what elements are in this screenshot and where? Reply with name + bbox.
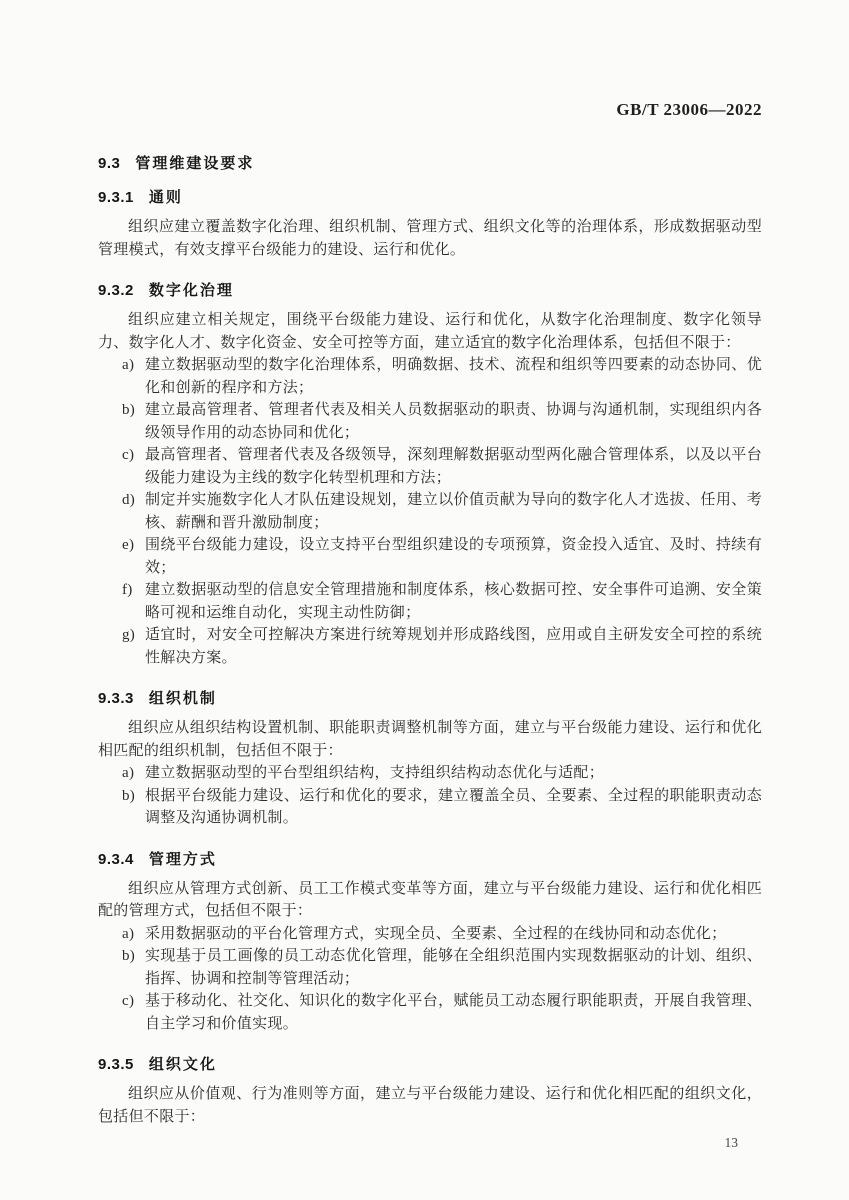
section-heading-9-3-1: 9.3.1 通则 [98,188,762,208]
page-content: GB/T 23006—2022 9.3 管理维建设要求 9.3.1 通则 组织应… [98,0,762,1152]
list-item: c) 最高管理者、管理者代表及各级领导，深刻理解数据驱动型两化融合管理体系，以及… [98,444,762,489]
section-heading-9-3-4: 9.3.4 管理方式 [98,850,762,870]
list-item-text: 制定并实施数字化人才队伍建设规划，建立以价值贡献为导向的数字化人才选拔、任用、考… [145,489,762,534]
list-item-marker: c) [122,990,145,1035]
list-item-marker: b) [122,785,145,830]
paragraph: 组织应从价值观、行为准则等方面，建立与平台级能力建设、运行和优化相匹配的组织文化… [98,1083,762,1128]
section-number: 9.3.2 [98,281,134,301]
paragraph: 组织应从管理方式创新、员工工作模式变革等方面，建立与平台级能力建设、运行和优化相… [98,878,762,923]
list-item-text: 建立数据驱动型的信息安全管理措施和制度体系，核心数据可控、安全事件可追溯、安全策… [145,579,762,624]
list-item-marker: f) [122,579,145,624]
paragraph: 组织应建立相关规定，围绕平台级能力建设、运行和优化，从数字化治理制度、数字化领导… [98,309,762,354]
section-number: 9.3.5 [98,1055,134,1075]
ordered-list: a) 建立数据驱动型的平台型组织结构，支持组织结构动态优化与适配； b) 根据平… [98,762,762,830]
ordered-list: a) 采用数据驱动的平台化管理方式，实现全员、全要素、全过程的在线协同和动态优化… [98,923,762,1036]
section-number: 9.3.3 [98,689,134,709]
section-heading-9-3-3: 9.3.3 组织机制 [98,689,762,709]
list-item-text: 实现基于员工画像的员工动态优化管理，能够在全组织范围内实现数据驱动的计划、组织、… [145,945,762,990]
list-item-marker: b) [122,945,145,990]
list-item-text: 围绕平台级能力建设，设立支持平台型组织建设的专项预算，资金投入适宜、及时、持续有… [145,534,762,579]
list-item-marker: a) [122,354,145,399]
list-item: a) 建立数据驱动型的数字化治理体系，明确数据、技术、流程和组织等四要素的动态协… [98,354,762,399]
list-item-marker: a) [122,762,145,785]
list-item-marker: g) [122,624,145,669]
list-item-text: 建立数据驱动型的数字化治理体系，明确数据、技术、流程和组织等四要素的动态协同、优… [145,354,762,399]
ordered-list: a) 建立数据驱动型的数字化治理体系，明确数据、技术、流程和组织等四要素的动态协… [98,354,762,669]
doc-number-header: GB/T 23006—2022 [98,100,762,120]
list-item: b) 实现基于员工画像的员工动态优化管理，能够在全组织范围内实现数据驱动的计划、… [98,945,762,990]
section-title: 组织机制 [149,689,217,709]
section-number: 9.3.4 [98,850,134,870]
list-item-text: 采用数据驱动的平台化管理方式，实现全员、全要素、全过程的在线协同和动态优化； [145,923,762,946]
list-item-marker: a) [122,923,145,946]
section-heading-9-3: 9.3 管理维建设要求 [98,154,762,174]
section-number: 9.3 [98,154,120,174]
section-heading-9-3-2: 9.3.2 数字化治理 [98,281,762,301]
list-item: a) 采用数据驱动的平台化管理方式，实现全员、全要素、全过程的在线协同和动态优化… [98,923,762,946]
list-item-text: 根据平台级能力建设、运行和优化的要求，建立覆盖全员、全要素、全过程的职能职责动态… [145,785,762,830]
list-item-marker: d) [122,489,145,534]
list-item: e) 围绕平台级能力建设，设立支持平台型组织建设的专项预算，资金投入适宜、及时、… [98,534,762,579]
section-title: 组织文化 [149,1055,217,1075]
list-item-text: 建立最高管理者、管理者代表及相关人员数据驱动的职责、协调与沟通机制，实现组织内各… [145,399,762,444]
list-item: g) 适宜时，对安全可控解决方案进行统筹规划并形成路线图，应用或自主研发安全可控… [98,624,762,669]
list-item-marker: e) [122,534,145,579]
list-item-text: 建立数据驱动型的平台型组织结构，支持组织结构动态优化与适配； [145,762,762,785]
paragraph: 组织应从组织结构设置机制、职能职责调整机制等方面，建立与平台级能力建设、运行和优… [98,717,762,762]
section-title: 通则 [149,188,183,208]
list-item-marker: b) [122,399,145,444]
list-item-marker: c) [122,444,145,489]
list-item: f) 建立数据驱动型的信息安全管理措施和制度体系，核心数据可控、安全事件可追溯、… [98,579,762,624]
section-heading-9-3-5: 9.3.5 组织文化 [98,1055,762,1075]
list-item-text: 适宜时，对安全可控解决方案进行统筹规划并形成路线图，应用或自主研发安全可控的系统… [145,624,762,669]
paragraph: 组织应建立覆盖数字化治理、组织机制、管理方式、组织文化等的治理体系，形成数据驱动… [98,216,762,261]
list-item: a) 建立数据驱动型的平台型组织结构，支持组织结构动态优化与适配； [98,762,762,785]
section-title: 管理方式 [149,850,217,870]
list-item: d) 制定并实施数字化人才队伍建设规划，建立以价值贡献为导向的数字化人才选拔、任… [98,489,762,534]
document-page: GB/T 23006—2022 9.3 管理维建设要求 9.3.1 通则 组织应… [0,0,849,1200]
section-number: 9.3.1 [98,188,134,208]
section-title: 数字化治理 [149,281,234,301]
list-item-text: 最高管理者、管理者代表及各级领导，深刻理解数据驱动型两化融合管理体系，以及以平台… [145,444,762,489]
list-item: c) 基于移动化、社交化、知识化的数字化平台，赋能员工动态履行职能职责，开展自我… [98,990,762,1035]
page-number: 13 [98,1134,762,1152]
list-item: b) 根据平台级能力建设、运行和优化的要求，建立覆盖全员、全要素、全过程的职能职… [98,785,762,830]
list-item: b) 建立最高管理者、管理者代表及相关人员数据驱动的职责、协调与沟通机制，实现组… [98,399,762,444]
list-item-text: 基于移动化、社交化、知识化的数字化平台，赋能员工动态履行职能职责，开展自我管理、… [145,990,762,1035]
section-title: 管理维建设要求 [135,154,254,174]
